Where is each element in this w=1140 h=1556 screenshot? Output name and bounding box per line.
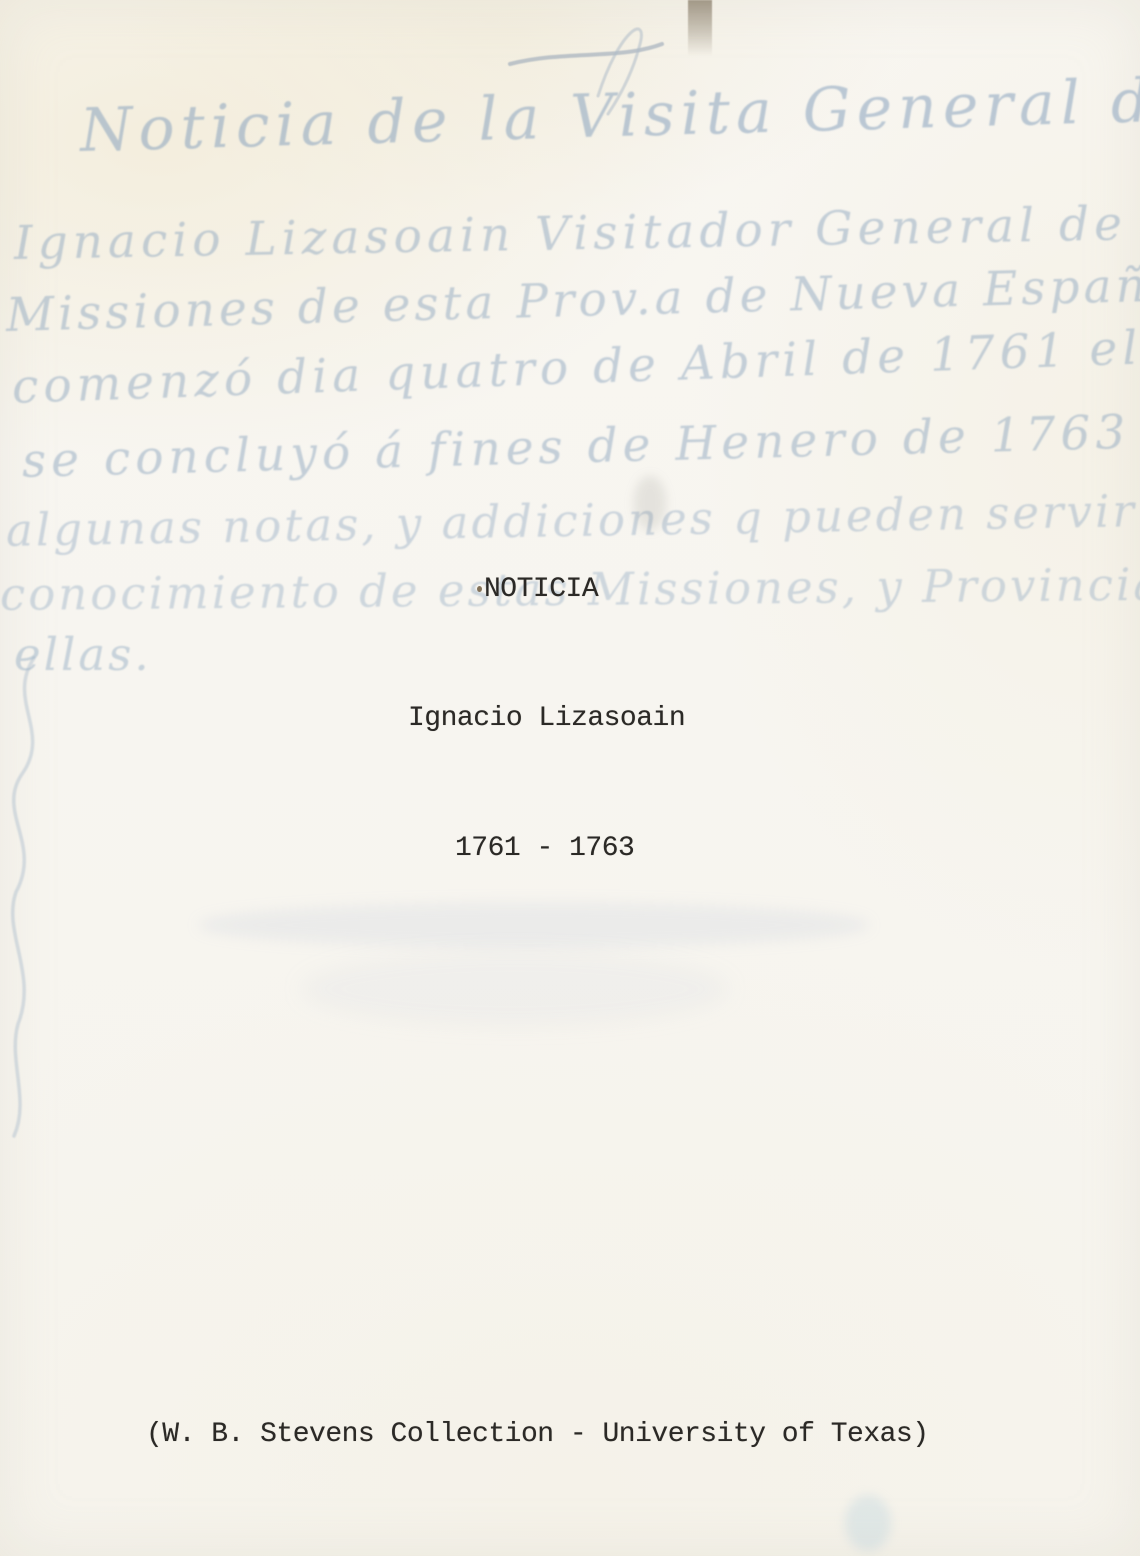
ghost-handwriting-line: ellas.	[14, 628, 152, 681]
document-date-range: 1761 - 1763	[455, 833, 634, 864]
erased-writing-smudge	[198, 903, 870, 947]
erased-writing-smudge	[300, 952, 730, 1026]
ghost-handwriting-line: algunas notas, y addiciones q pueden ser…	[6, 481, 1140, 557]
ghost-handwriting-line: Noticia de la Visita General de P.	[79, 62, 1140, 166]
document-title: NOTICIA	[484, 574, 598, 605]
document-attribution: (W. B. Stevens Collection - University o…	[146, 1419, 929, 1450]
ink-speck-mark	[477, 586, 482, 592]
left-margin-squiggle-mark	[0, 640, 70, 1160]
corner-ink-smudge	[845, 1495, 891, 1551]
ghost-handwriting-line: Ignacio Lizasoain Visitador General de l…	[14, 195, 1140, 271]
ghost-handwriting-line: Missiones de esta Prov.a de Nueva España…	[5, 255, 1140, 343]
document-author: Ignacio Lizasoain	[408, 703, 685, 734]
ghost-handwriting-line: se concluyó á fines de Henero de 1763 co…	[21, 402, 1140, 489]
ghost-handwriting-line: comenzó dia quatro de Abril de 1761 el q…	[11, 318, 1140, 415]
crease-smudge-mark	[634, 476, 666, 530]
scanned-title-page: Noticia de la Visita General de P. Ignac…	[0, 0, 1140, 1556]
tape-residue-mark	[688, 0, 712, 56]
